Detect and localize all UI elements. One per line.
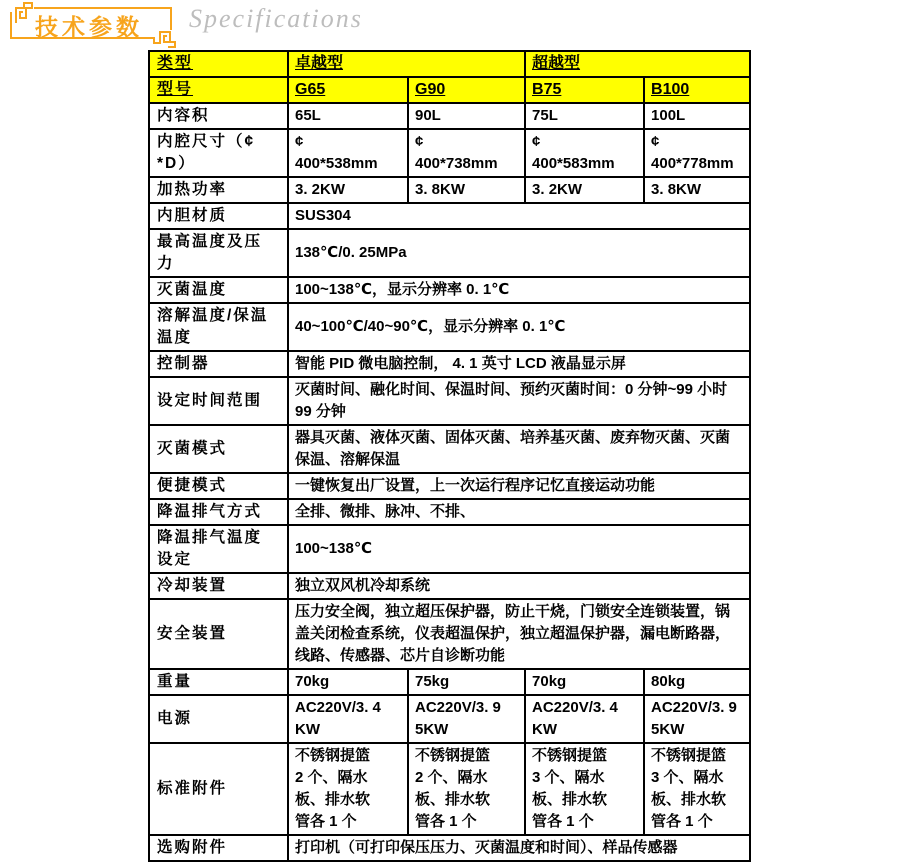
specs-tbody: 类型卓越型超越型型号G65G90B75B100内容积65L90L75L100L内… (149, 51, 750, 861)
spec-row: 内容积65L90L75L100L (149, 103, 750, 129)
spec-value-cell: 100~138℃ (288, 525, 750, 573)
spec-row: 标准附件不锈钢提篮 2 个、隔水 板、排水软 管各 1 个不锈钢提篮 2 个、隔… (149, 743, 750, 835)
spec-row: 电源AC220V/3. 4 KWAC220V/3. 9 5KWAC220V/3.… (149, 695, 750, 743)
spec-row: 降温排气方式全排、微排、脉冲、不排、 (149, 499, 750, 525)
spec-value-cell: ¢ 400*778mm (644, 129, 750, 177)
spec-value-cell: 80kg (644, 669, 750, 695)
spec-value-cell: 65L (288, 103, 408, 129)
spec-label-cell: 控制器 (149, 351, 288, 377)
spec-value-cell: 90L (408, 103, 525, 129)
spec-value-cell: 器具灭菌、液体灭菌、固体灭菌、培养基灭菌、废弃物灭菌、灭菌保温、溶解保温 (288, 425, 750, 473)
spec-label-cell: 重量 (149, 669, 288, 695)
spec-header-row: 型号G65G90B75B100 (149, 77, 750, 103)
spec-header-cell: G90 (408, 77, 525, 103)
spec-row: 最高温度及压 力138℃/0. 25MPa (149, 229, 750, 277)
spec-value-cell: 3. 8KW (408, 177, 525, 203)
spec-value-cell: 3. 2KW (525, 177, 644, 203)
spec-row: 安全装置压力安全阀，独立超压保护器，防止干烧，门锁安全连锁装置，锅盖关闭检查系统… (149, 599, 750, 669)
spec-value-cell: AC220V/3. 9 5KW (408, 695, 525, 743)
spec-row: 灭菌模式器具灭菌、液体灭菌、固体灭菌、培养基灭菌、废弃物灭菌、灭菌保温、溶解保温 (149, 425, 750, 473)
spec-row: 溶解温度/保温 温度40~100℃/40~90℃，显示分辨率 0. 1℃ (149, 303, 750, 351)
spec-value-cell: 打印机（可打印保压压力、灭菌温度和时间）、样品传感器 (288, 835, 750, 861)
spec-label-cell: 降温排气温度 设定 (149, 525, 288, 573)
spec-row: 内胆材质SUS304 (149, 203, 750, 229)
spec-row: 冷却装置独立双风机冷却系统 (149, 573, 750, 599)
spec-label-cell: 最高温度及压 力 (149, 229, 288, 277)
spec-label-cell: 灭菌模式 (149, 425, 288, 473)
spec-value-cell: 75kg (408, 669, 525, 695)
spec-label-cell: 选购附件 (149, 835, 288, 861)
spec-label-cell: 类型 (149, 51, 288, 77)
spec-value-cell: 40~100℃/40~90℃，显示分辨率 0. 1℃ (288, 303, 750, 351)
spec-value-cell: AC220V/3. 4 KW (525, 695, 644, 743)
spec-value-cell: 不锈钢提篮 3 个、隔水 板、排水软 管各 1 个 (644, 743, 750, 835)
spec-header-cell: G65 (288, 77, 408, 103)
spec-value-cell: 3. 2KW (288, 177, 408, 203)
spec-value-cell: 全排、微排、脉冲、不排、 (288, 499, 750, 525)
spec-row: 便捷模式一键恢复出厂设置，上一次运行程序记忆直接运动功能 (149, 473, 750, 499)
spec-value-cell: 不锈钢提篮 2 个、隔水 板、排水软 管各 1 个 (288, 743, 408, 835)
spec-header-cell: B100 (644, 77, 750, 103)
spec-label-cell: 标准附件 (149, 743, 288, 835)
spec-value-cell: 灭菌时间、融化时间、保温时间、预约灭菌时间：0 分钟~99 小时 99 分钟 (288, 377, 750, 425)
spec-header-cell: B75 (525, 77, 644, 103)
spec-value-cell: ¢ 400*583mm (525, 129, 644, 177)
spec-value-cell: 70kg (288, 669, 408, 695)
spec-value-cell: 3. 8KW (644, 177, 750, 203)
spec-value-cell: 不锈钢提篮 2 个、隔水 板、排水软 管各 1 个 (408, 743, 525, 835)
title-frame: 技术参数 (8, 0, 184, 48)
spec-row: 选购附件打印机（可打印保压压力、灭菌温度和时间）、样品传感器 (149, 835, 750, 861)
spec-label-cell: 内容积 (149, 103, 288, 129)
spec-label-cell: 设定时间范围 (149, 377, 288, 425)
spec-value-cell: 压力安全阀，独立超压保护器，防止干烧，门锁安全连锁装置，锅盖关闭检查系统，仪表超… (288, 599, 750, 669)
spec-header-cell: 卓越型 (288, 51, 525, 77)
spec-label-cell: 降温排气方式 (149, 499, 288, 525)
spec-value-cell: 100L (644, 103, 750, 129)
spec-row: 设定时间范围灭菌时间、融化时间、保温时间、预约灭菌时间：0 分钟~99 小时 9… (149, 377, 750, 425)
spec-label-cell: 加热功率 (149, 177, 288, 203)
frame-line (10, 12, 12, 39)
spec-row: 控制器智能 PID 微电脑控制， 4. 1 英寸 LCD 液晶显示屏 (149, 351, 750, 377)
spec-value-cell: 75L (525, 103, 644, 129)
spec-label-cell: 溶解温度/保温 温度 (149, 303, 288, 351)
section-header: 技术参数 Specifications (0, 0, 900, 50)
spec-label-cell: 内胆材质 (149, 203, 288, 229)
spec-label-cell: 灭菌温度 (149, 277, 288, 303)
page-title: 技术参数 (35, 9, 165, 42)
spec-row: 灭菌温度100~138℃，显示分辨率 0. 1℃ (149, 277, 750, 303)
spec-value-cell: ¢ 400*738mm (408, 129, 525, 177)
spec-label-cell: 型号 (149, 77, 288, 103)
spec-label-cell: 内腔尺寸（¢ *D） (149, 129, 288, 177)
spec-label-cell: 电源 (149, 695, 288, 743)
page-subtitle: Specifications (189, 4, 363, 34)
spec-header-cell: 超越型 (525, 51, 750, 77)
spec-value-cell: 138℃/0. 25MPa (288, 229, 750, 277)
spec-label-cell: 便捷模式 (149, 473, 288, 499)
spec-value-cell: 独立双风机冷却系统 (288, 573, 750, 599)
spec-row: 内腔尺寸（¢ *D）¢ 400*538mm¢ 400*738mm¢ 400*58… (149, 129, 750, 177)
spec-row: 降温排气温度 设定100~138℃ (149, 525, 750, 573)
spec-value-cell: 智能 PID 微电脑控制， 4. 1 英寸 LCD 液晶显示屏 (288, 351, 750, 377)
spec-row: 加热功率3. 2KW3. 8KW3. 2KW3. 8KW (149, 177, 750, 203)
spec-value-cell: 70kg (525, 669, 644, 695)
spec-value-cell: 一键恢复出厂设置，上一次运行程序记忆直接运动功能 (288, 473, 750, 499)
corner-ornament-icon (12, 0, 36, 24)
spec-value-cell: AC220V/3. 9 5KW (644, 695, 750, 743)
spec-label-cell: 冷却装置 (149, 573, 288, 599)
spec-label-cell: 安全装置 (149, 599, 288, 669)
spec-value-cell: AC220V/3. 4 KW (288, 695, 408, 743)
specs-table: 类型卓越型超越型型号G65G90B75B100内容积65L90L75L100L内… (148, 50, 751, 862)
spec-value-cell: ¢ 400*538mm (288, 129, 408, 177)
spec-value-cell: 100~138℃，显示分辨率 0. 1℃ (288, 277, 750, 303)
spec-row: 重量70kg75kg70kg80kg (149, 669, 750, 695)
frame-line (170, 7, 172, 30)
spec-value-cell: SUS304 (288, 203, 750, 229)
spec-header-row: 类型卓越型超越型 (149, 51, 750, 77)
spec-value-cell: 不锈钢提篮 3 个、隔水 板、排水软 管各 1 个 (525, 743, 644, 835)
